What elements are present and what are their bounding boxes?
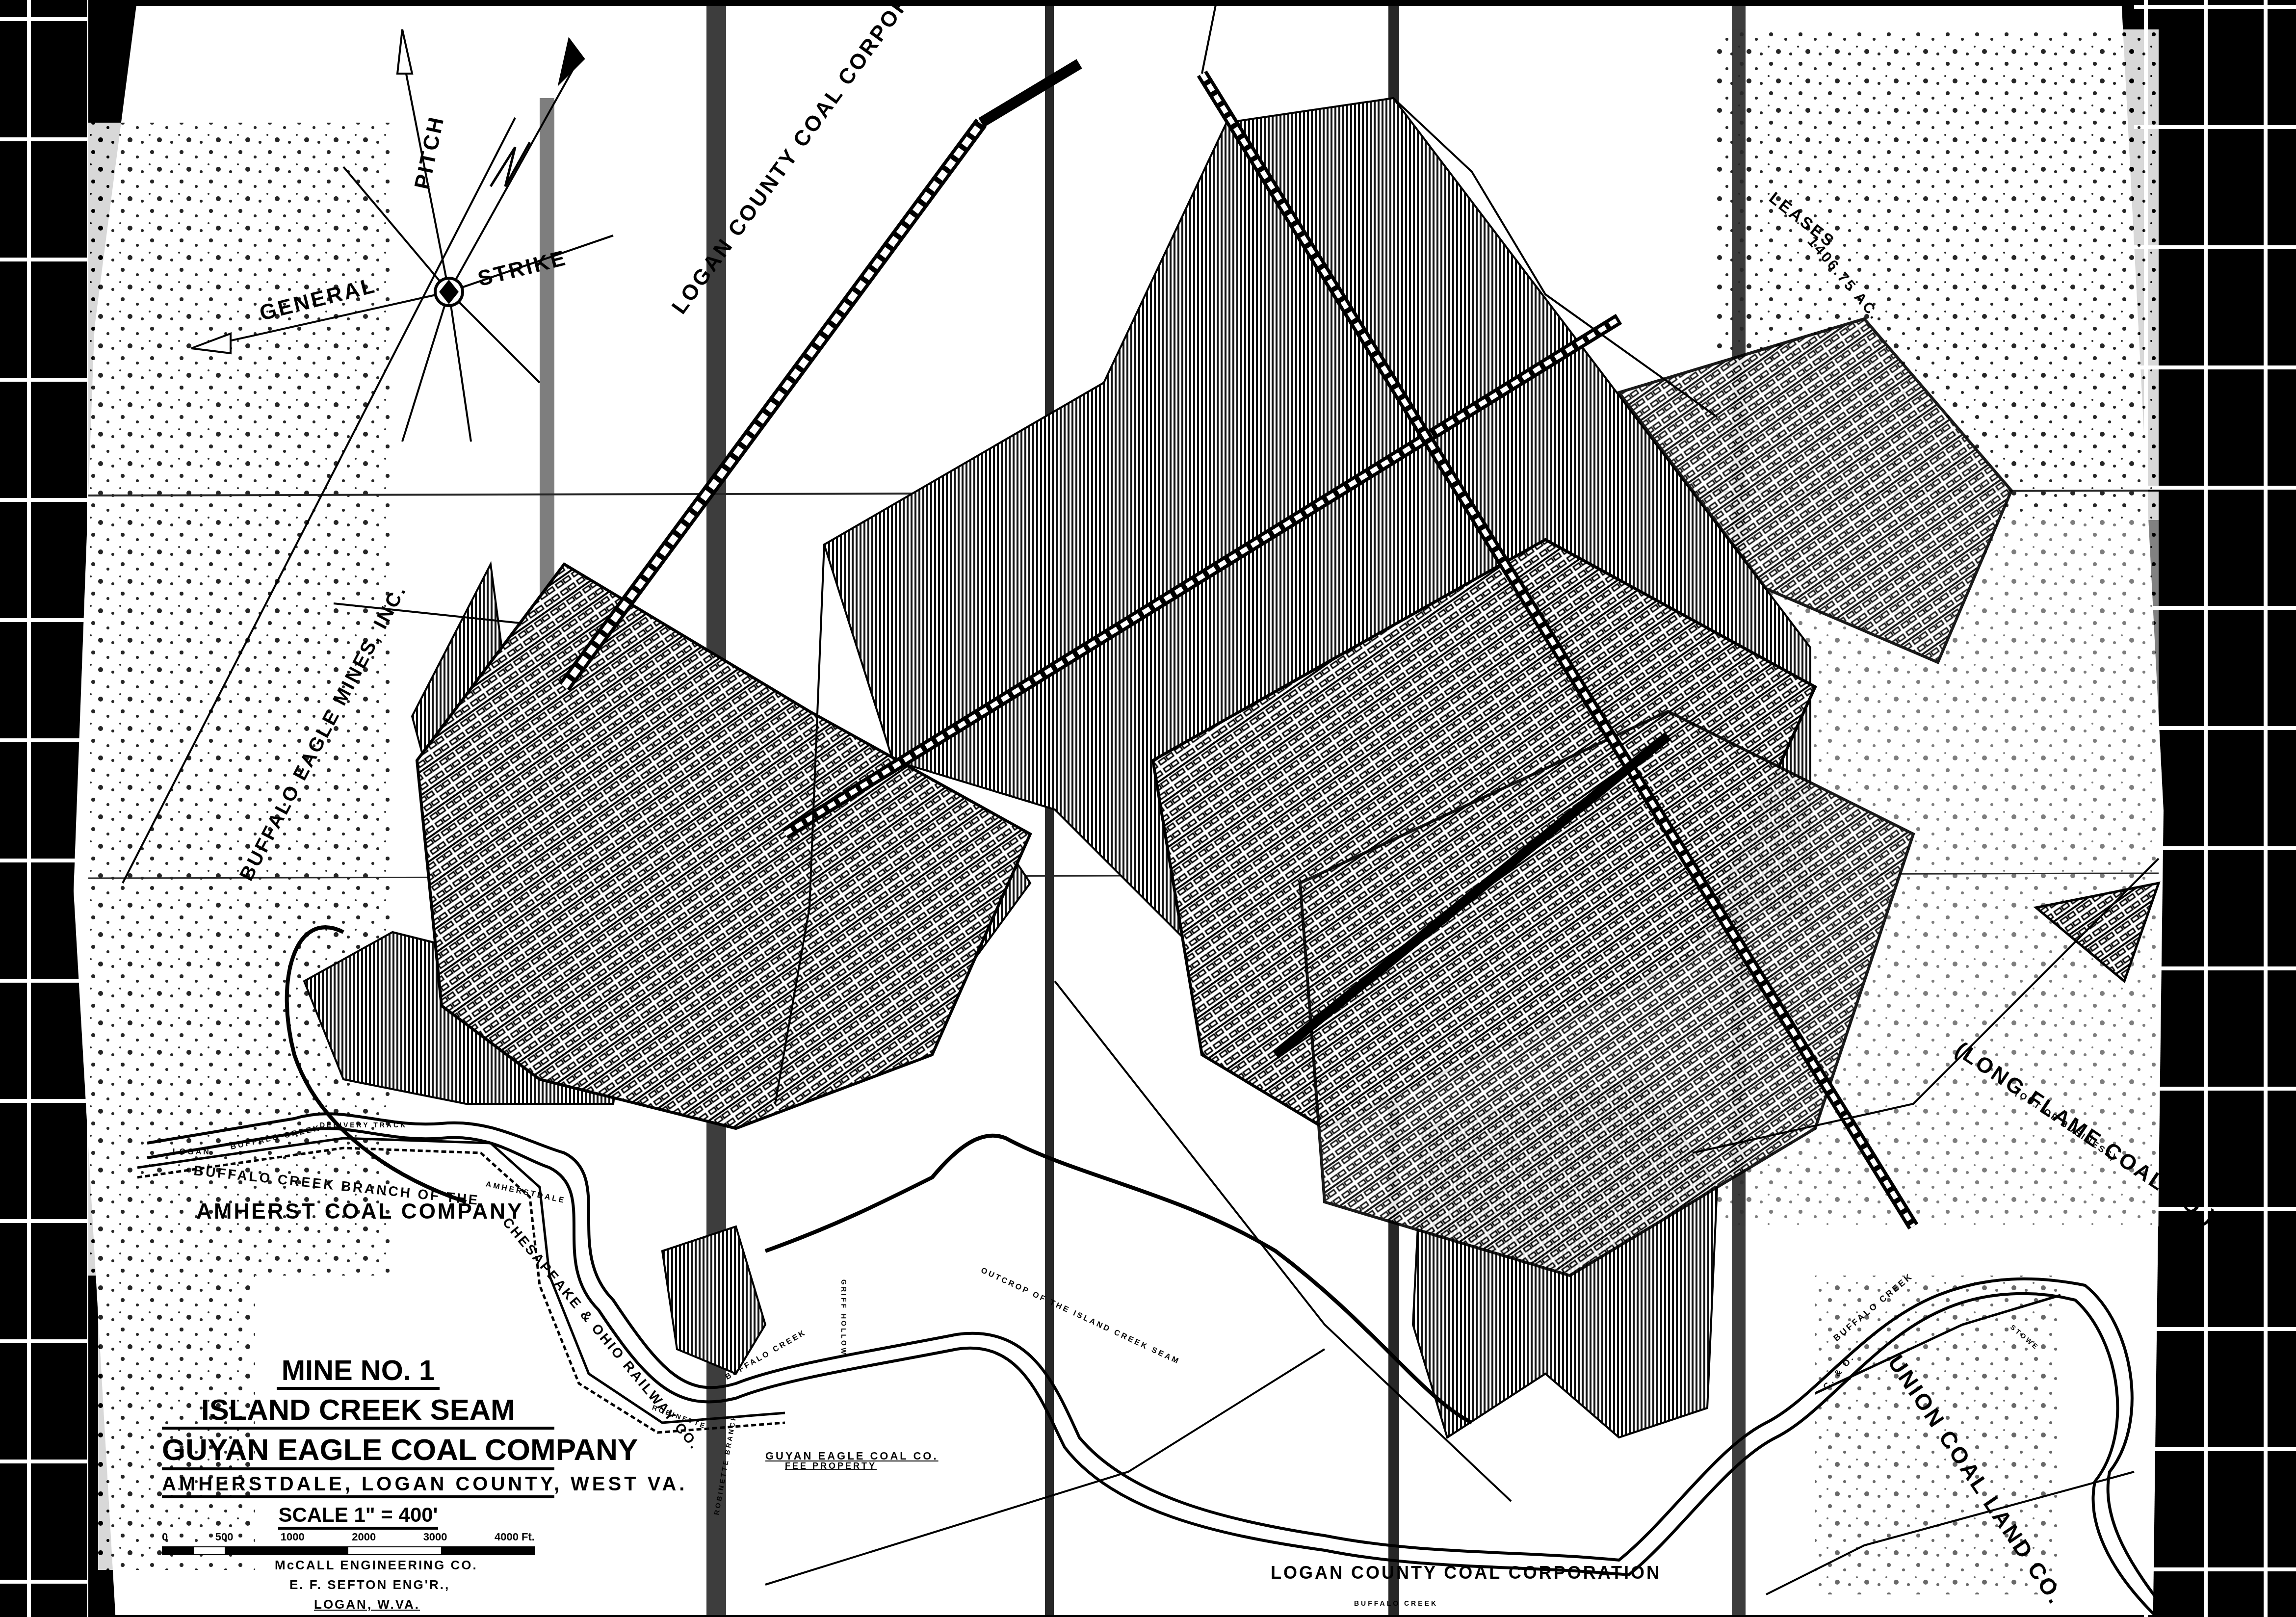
label-guyan-fee-note: FEE PROPERTY (785, 1461, 877, 1471)
title-location: AMHERSTDALE, LOGAN COUNTY, WEST VA. (162, 1473, 554, 1498)
scale-tick: 1000 (281, 1531, 305, 1543)
title-scale: SCALE 1" = 400' (278, 1503, 438, 1530)
label-logan-station: LOGAN (173, 1148, 211, 1157)
label-griff-hollow: GRIFF HOLLOW (840, 1279, 848, 1356)
title-mine: MINE NO. 1 (277, 1354, 440, 1390)
title-seam: ISLAND CREEK SEAM (162, 1393, 554, 1430)
scale-tick: 2000 (352, 1531, 376, 1543)
label-logan-county-bottom: LOGAN COUNTY COAL CORPORATION (1271, 1563, 1661, 1583)
credit-engineer: E. F. SEFTON ENG'R., (275, 1575, 478, 1594)
credit-city: LOGAN, W.VA. (275, 1594, 478, 1614)
credits: McCALL ENGINEERING CO. E. F. SEFTON ENG'… (275, 1555, 478, 1614)
label-delivery-track: DELIVERY TRACK (320, 1121, 407, 1129)
scale-tick: 3000 (423, 1531, 447, 1543)
scale-tick: 4000 Ft. (495, 1531, 535, 1543)
label-buffalo-creek-3: BUFFALO CREEK (1354, 1599, 1438, 1607)
scale-tick: 500 (215, 1531, 234, 1543)
credit-firm: McCALL ENGINEERING CO. (275, 1555, 478, 1575)
title-block: MINE NO. 1 ISLAND CREEK SEAM GUYAN EAGLE… (162, 1354, 554, 1539)
title-company: GUYAN EAGLE COAL COMPANY (162, 1433, 554, 1470)
scale-tick: 0 (162, 1531, 168, 1543)
